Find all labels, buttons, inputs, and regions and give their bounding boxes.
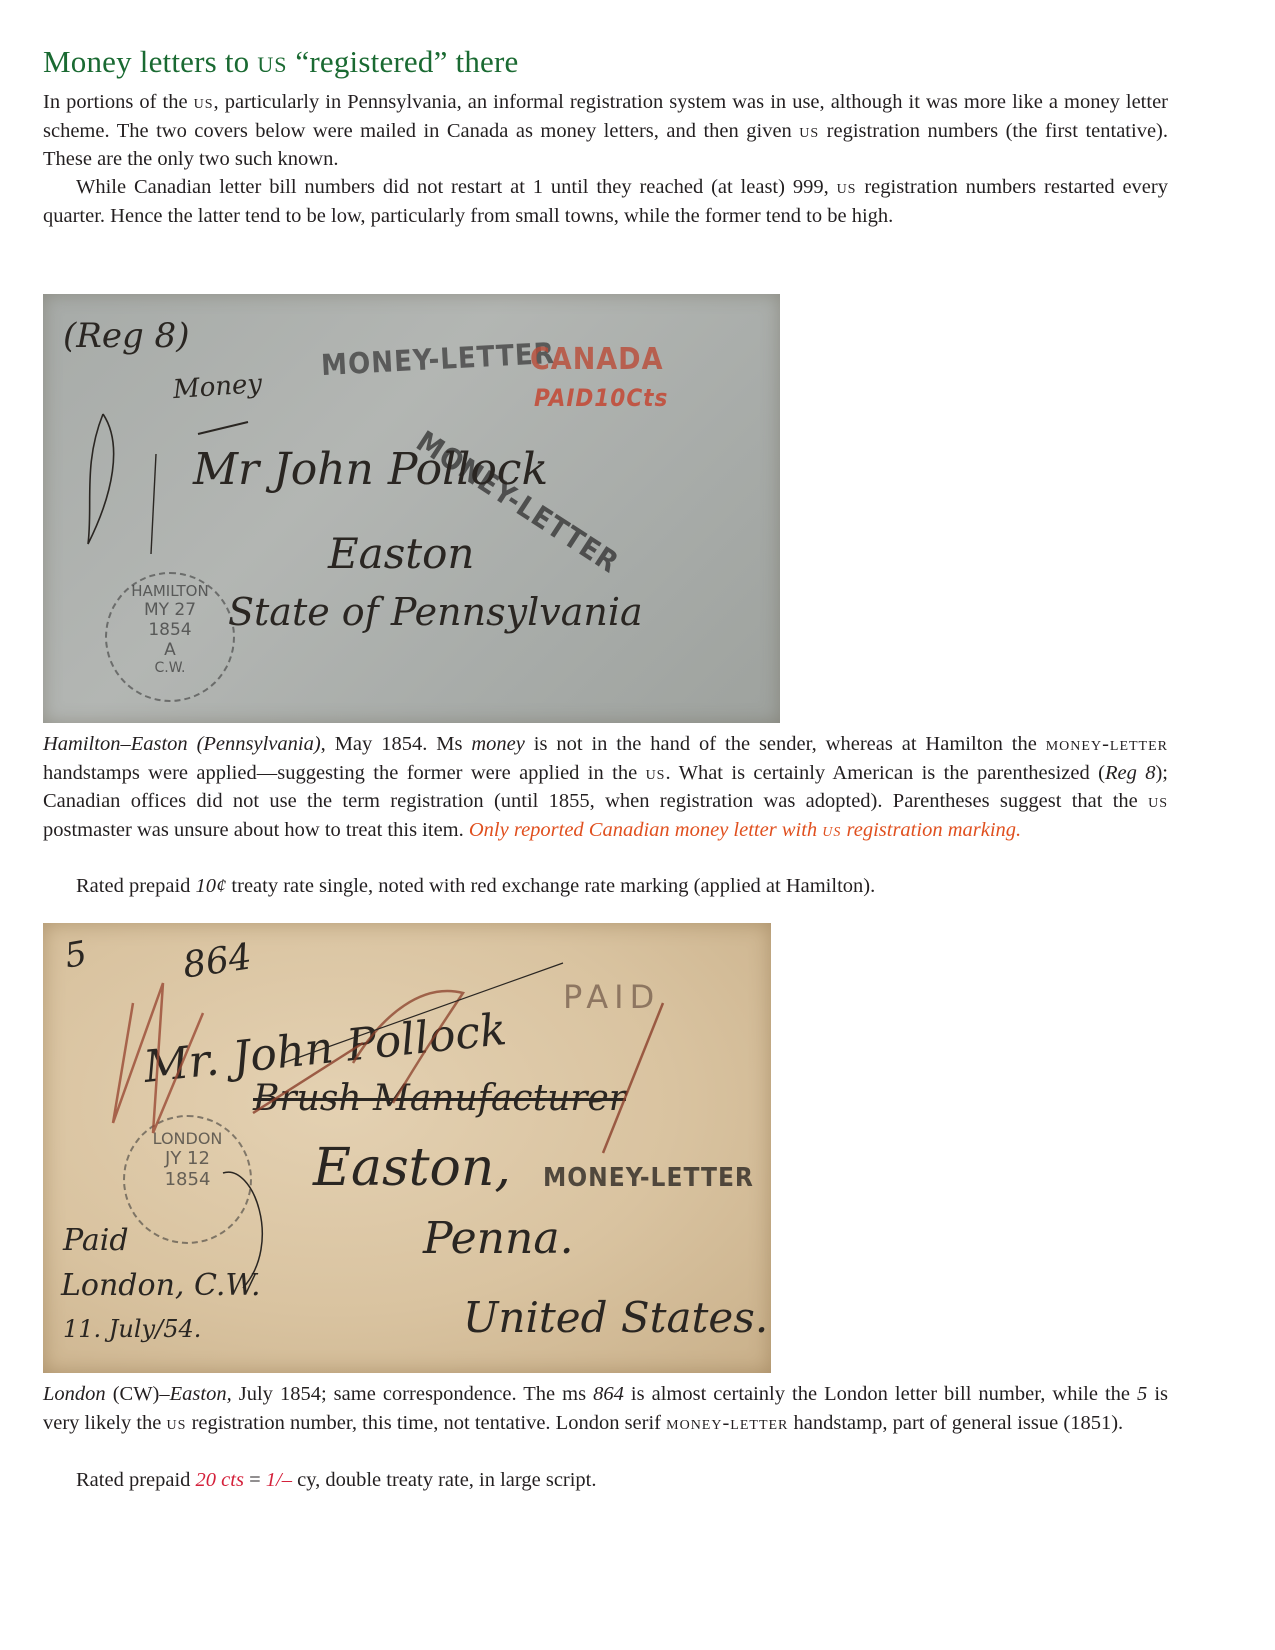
cover1-rate-note: Rated prepaid 10¢ treaty rate single, no… — [43, 872, 1168, 901]
page-title: Money letters to US “registered” there — [43, 44, 518, 80]
cover2-rate-note: Rated prepaid 20 cts = 1/– cy, double tr… — [43, 1466, 1168, 1495]
cover2-caption: London (CW)–Easton, July 1854; same corr… — [43, 1380, 1168, 1437]
cover-image-london: 5 864 PAID Mr. John Pollock Brush Manufa… — [43, 923, 771, 1373]
cover-image-hamilton: (Reg 8) Money MONEY-LETTER MONEY-LETTER … — [43, 294, 780, 723]
red-rate-strokes — [43, 923, 771, 1373]
title-text: Money letters to — [43, 44, 257, 79]
intro-paragraph-2: While Canadian letter bill numbers did n… — [43, 173, 1168, 230]
title-text-end: “registered” there — [287, 44, 518, 79]
intro-paragraph-1: In portions of the US, particularly in P… — [43, 88, 1168, 174]
title-us: US — [257, 44, 287, 79]
highlight-note: Only reported Canadian money letter with — [469, 819, 822, 841]
ms-flourish-strokes — [43, 294, 780, 723]
cover1-caption: Hamilton–Easton (Pennsylvania), May 1854… — [43, 730, 1168, 844]
